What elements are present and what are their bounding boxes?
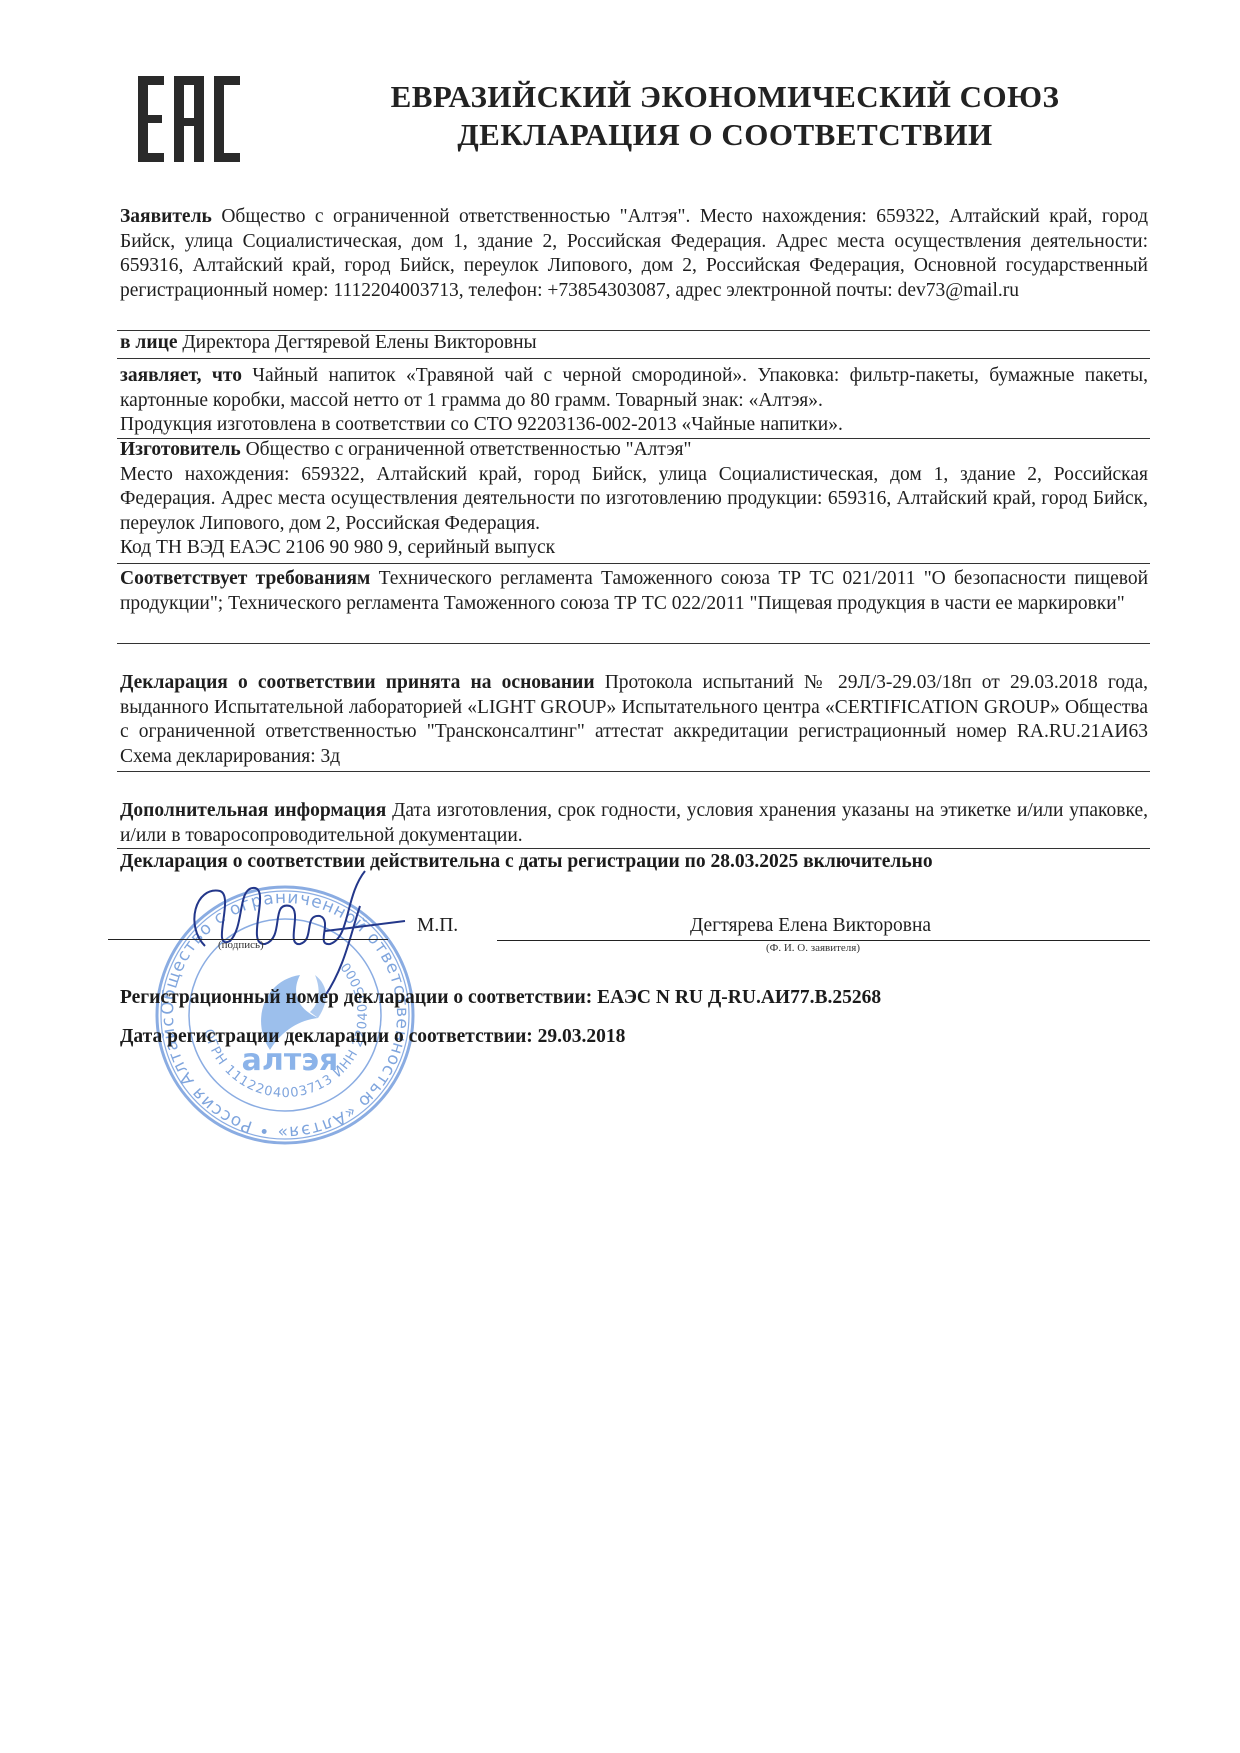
basis-label: Декларация о соответствии принята на осн… (120, 672, 595, 693)
applicant-section: Заявитель Общество с ограниченной ответс… (120, 205, 1148, 303)
declares-text: Чайный напиток «Травяной чай с черной см… (120, 365, 1148, 411)
manufacturer-name: Общество с ограниченной ответственностью… (246, 439, 692, 460)
manufacturer-address: Место нахождения: 659322, Алтайский край… (120, 463, 1148, 537)
divider (117, 358, 1150, 359)
conformity-label: Соответствует требованиям (120, 568, 370, 589)
divider (117, 848, 1150, 849)
conformity-section: Соответствует требованиям Технического р… (120, 567, 1148, 616)
applicant-label: Заявитель (120, 206, 212, 227)
product-standard: Продукция изготовлена в соответствии со … (120, 413, 1148, 438)
additional-info-section: Дополнительная информация Дата изготовле… (120, 799, 1148, 848)
registration-date: Дата регистрации декларации о соответств… (120, 1026, 625, 1048)
stamp-place-mark: М.П. (417, 915, 458, 937)
eac-mark-icon (136, 72, 244, 164)
title-union: ЕВРАЗИЙСКИЙ ЭКОНОМИЧЕСКИЙ СОЮЗ (300, 78, 1150, 116)
basis-section: Декларация о соответствии принята на осн… (120, 671, 1148, 769)
declares-section: заявляет, что Чайный напиток «Травяной ч… (120, 364, 1148, 438)
signature-caption: (подпись) (218, 939, 264, 951)
signer-name: Дегтярева Елена Викторовна (690, 915, 931, 937)
document-title: ЕВРАЗИЙСКИЙ ЭКОНОМИЧЕСКИЙ СОЮЗ ДЕКЛАРАЦИ… (300, 78, 1150, 154)
divider (117, 771, 1150, 772)
eac-logo-icon (136, 72, 244, 164)
signer-name-line (497, 940, 1150, 941)
manufacturer-section: Изготовитель Общество с ограниченной отв… (120, 438, 1148, 561)
additional-info-label: Дополнительная информация (120, 800, 386, 821)
declares-label: заявляет, что (120, 365, 242, 386)
title-declaration: ДЕКЛАРАЦИЯ О СООТВЕТСТВИИ (300, 116, 1150, 154)
divider (117, 643, 1150, 644)
representative-label: в лице (120, 332, 177, 353)
applicant-text: Общество с ограниченной ответственностью… (120, 206, 1148, 301)
signer-caption: (Ф. И. О. заявителя) (766, 942, 860, 954)
declaration-page: ЕВРАЗИЙСКИЙ ЭКОНОМИЧЕСКИЙ СОЮЗ ДЕКЛАРАЦИ… (0, 0, 1240, 1753)
manufacturer-label: Изготовитель (120, 439, 241, 460)
divider (117, 563, 1150, 564)
svg-text:алтэя: алтэя (242, 1043, 339, 1078)
tn-ved-code: Код ТН ВЭД ЕАЭС 2106 90 980 9, серийный … (120, 536, 1148, 561)
representative-text: Директора Дегтяревой Елены Викторовны (182, 332, 536, 353)
representative-section: в лице Директора Дегтяревой Елены Виктор… (120, 331, 1148, 356)
registration-number: Регистрационный номер декларации о соотв… (120, 987, 881, 1009)
